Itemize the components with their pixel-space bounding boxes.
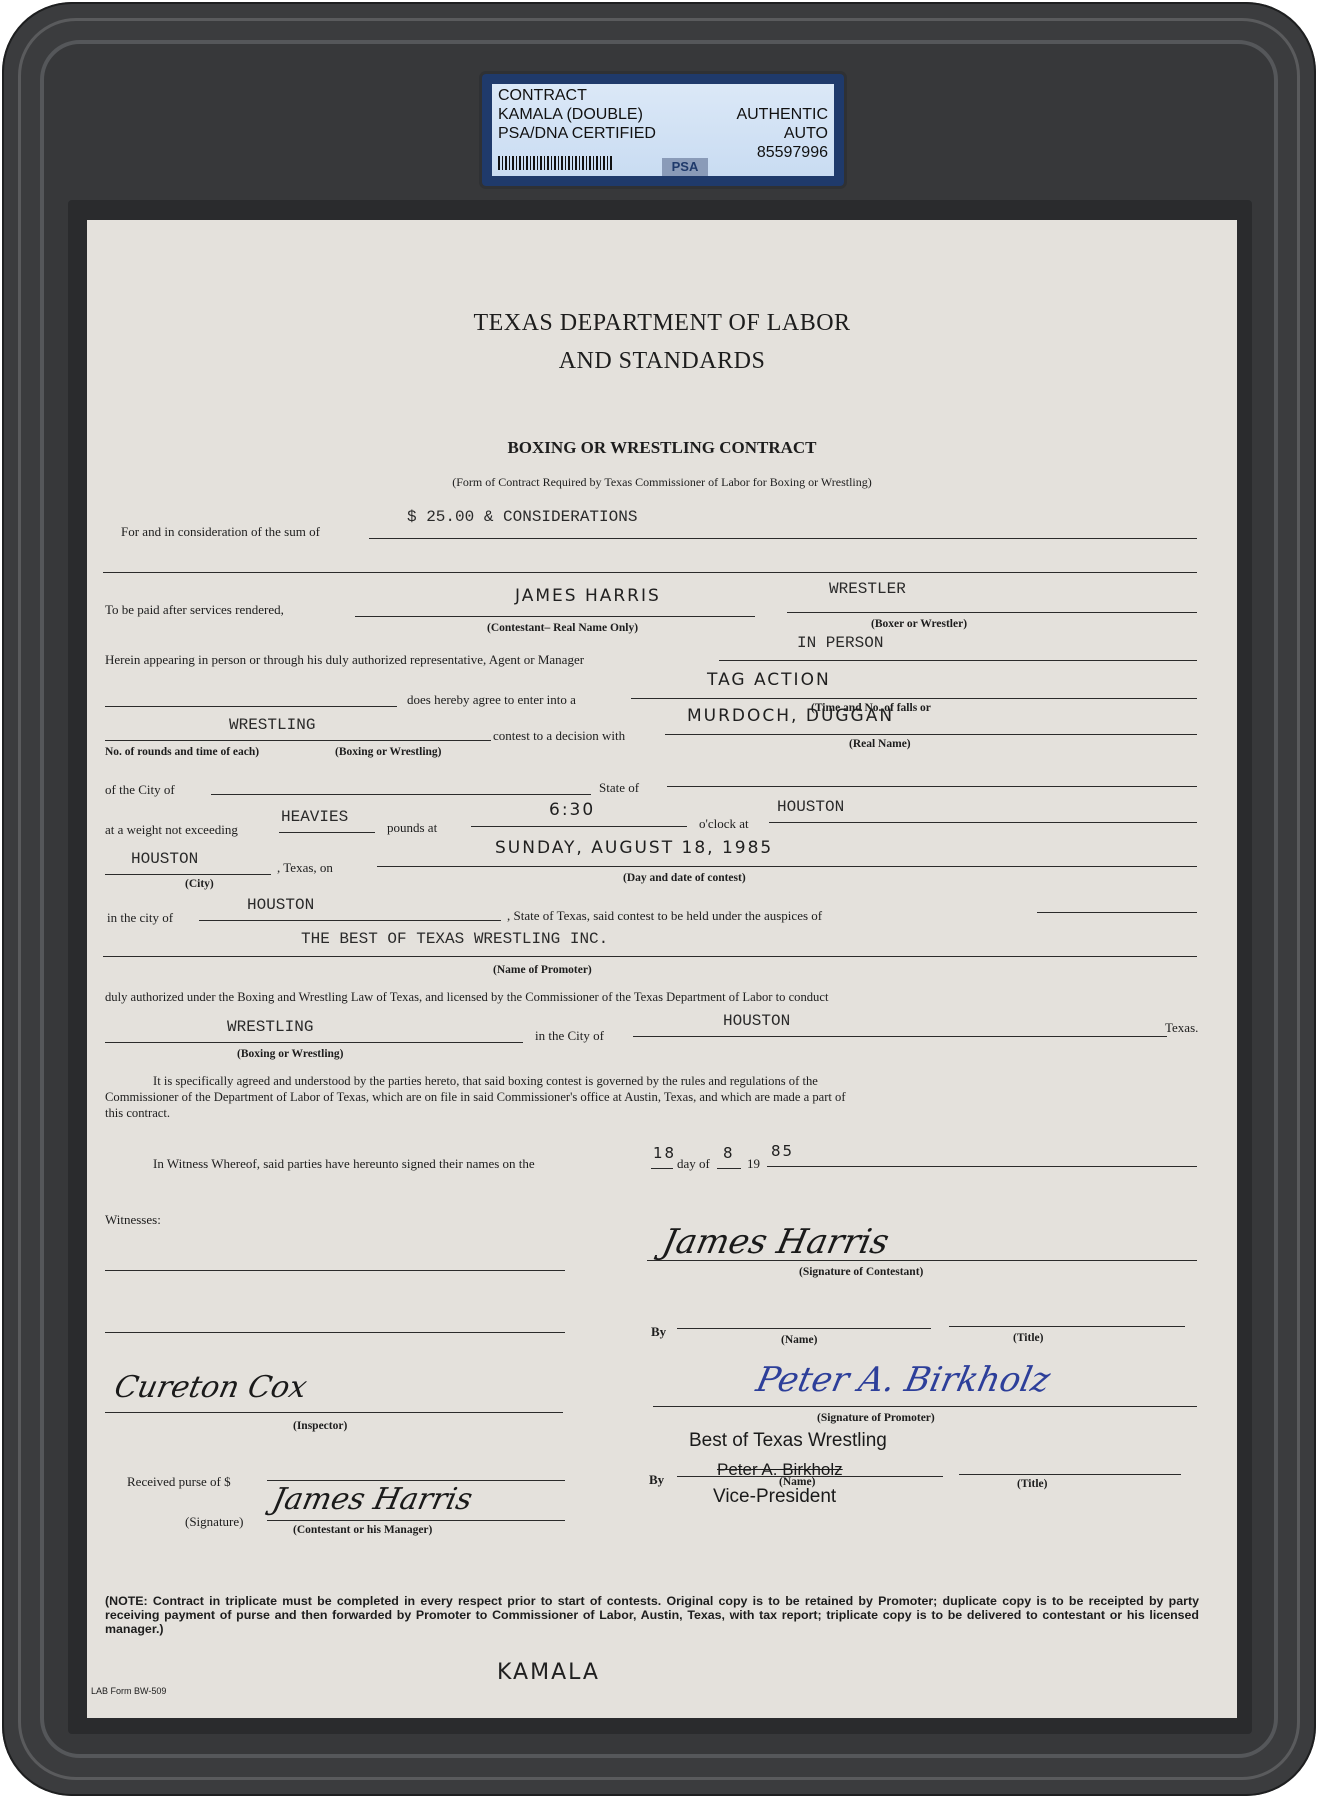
month-line bbox=[717, 1168, 741, 1169]
auspices-label: , State of Texas, said contest to be hel… bbox=[507, 908, 822, 924]
day-of-label: day of bbox=[677, 1156, 710, 1172]
city-of-line bbox=[211, 794, 591, 795]
contestant-type-caption: (Boxer or Wrestler) bbox=[871, 618, 967, 630]
agency-subtitle: AND STANDARDS bbox=[87, 348, 1237, 375]
label-item-type: CONTRACT bbox=[498, 86, 656, 105]
contestant-name-line bbox=[355, 616, 755, 617]
state-of-label: State of bbox=[599, 780, 639, 796]
conduct-city-line bbox=[633, 1036, 1167, 1037]
name-caption-1: (Name) bbox=[781, 1334, 817, 1346]
witness-line-1 bbox=[105, 1270, 565, 1271]
century-label: 19 bbox=[747, 1156, 760, 1172]
promoter-caption: (Name of Promoter) bbox=[493, 964, 592, 976]
texas-label: Texas. bbox=[1165, 1020, 1198, 1036]
witnesses-label: Witnesses: bbox=[105, 1212, 161, 1228]
date-line bbox=[377, 866, 1197, 867]
sport-caption: (Boxing or Wrestling) bbox=[335, 746, 442, 758]
contract-document: TEXAS DEPARTMENT OF LABOR AND STANDARDS … bbox=[87, 220, 1237, 1718]
city-value[interactable]: HOUSTON bbox=[131, 850, 198, 868]
contestant-name-caption: (Contestant– Real Name Only) bbox=[487, 622, 638, 634]
contestant-signature-caption: (Signature of Contestant) bbox=[799, 1266, 923, 1278]
footer-note: (NOTE: Contract in triplicate must be co… bbox=[105, 1594, 1199, 1636]
day-line bbox=[651, 1168, 673, 1169]
conduct-city-value[interactable]: HOUSTON bbox=[723, 1012, 790, 1030]
title-caption-2: (Title) bbox=[1017, 1478, 1047, 1490]
rounds-caption: No. of rounds and time of each) bbox=[105, 746, 259, 758]
promoter-stamp-title: Vice-President bbox=[713, 1486, 836, 1508]
consideration-value[interactable]: $ 25.00 & CONSIDERATIONS bbox=[407, 508, 637, 526]
date-value[interactable]: SUNDAY, AUGUST 18, 1985 bbox=[495, 838, 773, 858]
paid-label: To be paid after services rendered, bbox=[105, 602, 284, 618]
state-of-line bbox=[667, 786, 1197, 787]
contestant-type-value[interactable]: WRESTLER bbox=[829, 580, 906, 598]
purse-signature: James Harris bbox=[269, 1482, 475, 1517]
form-number: LAB Form BW-509 bbox=[91, 1686, 166, 1696]
title-caption-1: (Title) bbox=[1013, 1332, 1043, 1344]
weight-label: at a weight not exceeding bbox=[105, 822, 238, 838]
received-purse-label: Received purse of $ bbox=[127, 1474, 231, 1490]
promoter-value[interactable]: THE BEST OF TEXAS WRESTLING INC. bbox=[301, 930, 608, 948]
in-city-label: in the city of bbox=[107, 910, 173, 926]
representative-line bbox=[105, 706, 397, 707]
city-caption: (City) bbox=[185, 878, 214, 890]
contestant-signature: James Harris bbox=[659, 1222, 893, 1262]
appearing-line bbox=[719, 660, 1197, 661]
contestant-type-line bbox=[787, 612, 1197, 613]
in-city-value[interactable]: HOUSTON bbox=[247, 896, 314, 914]
psa-certification-label: CONTRACT KAMALA (DOUBLE) PSA/DNA CERTIFI… bbox=[482, 74, 844, 186]
opponents-caption: (Real Name) bbox=[849, 738, 911, 750]
consideration-line bbox=[369, 538, 1197, 539]
conduct-caption: (Boxing or Wrestling) bbox=[237, 1048, 344, 1060]
received-purse-line bbox=[267, 1480, 565, 1481]
promoter-line bbox=[103, 956, 1197, 957]
agree-label: does hereby agree to enter into a bbox=[407, 692, 576, 708]
venue-value[interactable]: HOUSTON bbox=[777, 798, 844, 816]
oclock-label: o'clock at bbox=[699, 816, 749, 832]
by-title-line-2 bbox=[959, 1474, 1181, 1475]
by-label-1: By bbox=[651, 1324, 666, 1340]
agree-line bbox=[631, 698, 1197, 699]
city-of-label: of the City of bbox=[105, 782, 175, 798]
by-name-line-1 bbox=[677, 1328, 931, 1329]
date-caption: (Day and date of contest) bbox=[623, 872, 746, 884]
purse-caption: (Contestant or his Manager) bbox=[293, 1524, 432, 1536]
texas-on-label: , Texas, on bbox=[277, 860, 333, 876]
by-label-2: By bbox=[649, 1472, 664, 1488]
in-the-city-label: in the City of bbox=[535, 1028, 604, 1044]
inspector-signature: Cureton Cox bbox=[111, 1370, 310, 1405]
appearing-label: Herein appearing in person or through hi… bbox=[105, 652, 584, 668]
label-grade-auto: AUTO bbox=[736, 124, 828, 143]
form-title: BOXING OR WRESTLING CONTRACT bbox=[87, 438, 1237, 458]
rounds-line bbox=[105, 740, 491, 741]
purse-signature-line bbox=[267, 1520, 565, 1521]
weight-line bbox=[279, 832, 375, 833]
promoter-signature-caption: (Signature of Promoter) bbox=[817, 1412, 935, 1424]
psa-logo-icon: PSA bbox=[662, 158, 708, 176]
conduct-line bbox=[105, 1042, 523, 1043]
contestant-name-value[interactable]: JAMES HARRIS bbox=[515, 586, 661, 606]
day-value[interactable]: 18 bbox=[653, 1144, 676, 1162]
authorized-text: duly authorized under the Boxing and Wre… bbox=[105, 990, 828, 1005]
weight-value[interactable]: HEAVIES bbox=[281, 808, 348, 826]
by-title-line-1 bbox=[949, 1326, 1185, 1327]
form-subtitle: (Form of Contract Required by Texas Comm… bbox=[87, 475, 1237, 490]
consideration-label: For and in consideration of the sum of bbox=[121, 524, 320, 540]
label-cert-number: 85597996 bbox=[736, 143, 828, 162]
agency-title: TEXAS DEPARTMENT OF LABOR bbox=[87, 310, 1237, 337]
conduct-value[interactable]: WRESTLING bbox=[227, 1018, 313, 1036]
barcode-icon bbox=[498, 156, 614, 170]
handwritten-kamala: KAMALA bbox=[497, 1660, 600, 1685]
year-value[interactable]: 85 bbox=[771, 1142, 794, 1160]
opponents-value[interactable]: MURDOCH, DUGGAN bbox=[687, 706, 894, 726]
consideration-continuation-line bbox=[103, 572, 1197, 573]
witness-line-2 bbox=[105, 1332, 565, 1333]
label-item-subject: KAMALA (DOUBLE) bbox=[498, 105, 656, 124]
year-line bbox=[767, 1166, 1197, 1167]
agree-value[interactable]: TAG ACTION bbox=[707, 670, 831, 690]
time-line bbox=[471, 826, 687, 827]
witness-text: In Witness Whereof, said parties have he… bbox=[153, 1156, 535, 1172]
city-line bbox=[105, 874, 271, 875]
opponents-line bbox=[665, 734, 1197, 735]
pounds-label: pounds at bbox=[387, 820, 437, 836]
agreement-line-3: this contract. bbox=[105, 1106, 170, 1121]
promoter-signature-line bbox=[653, 1406, 1197, 1407]
inspector-caption: (Inspector) bbox=[293, 1420, 347, 1432]
decision-label: contest to a decision with bbox=[493, 728, 625, 744]
label-grade-authentic: AUTHENTIC bbox=[736, 105, 828, 124]
venue-line bbox=[769, 822, 1197, 823]
time-value[interactable]: 6:30 bbox=[549, 800, 595, 820]
month-value[interactable]: 8 bbox=[723, 1144, 735, 1162]
promoter-signature: Peter A. Birkholz bbox=[753, 1360, 1054, 1400]
sport-value[interactable]: WRESTLING bbox=[229, 716, 315, 734]
appearing-value[interactable]: IN PERSON bbox=[797, 634, 883, 652]
agreement-line-2: Commissioner of the Department of Labor … bbox=[105, 1090, 846, 1105]
in-city-line bbox=[199, 920, 501, 921]
label-item-certification: PSA/DNA CERTIFIED bbox=[498, 124, 656, 143]
inspector-line bbox=[105, 1412, 563, 1413]
agreement-line-1: It is specifically agreed and understood… bbox=[153, 1074, 818, 1089]
signature-label: (Signature) bbox=[185, 1514, 243, 1530]
auspices-line bbox=[1037, 912, 1197, 913]
promoter-stamp-org: Best of Texas Wrestling bbox=[689, 1430, 887, 1452]
